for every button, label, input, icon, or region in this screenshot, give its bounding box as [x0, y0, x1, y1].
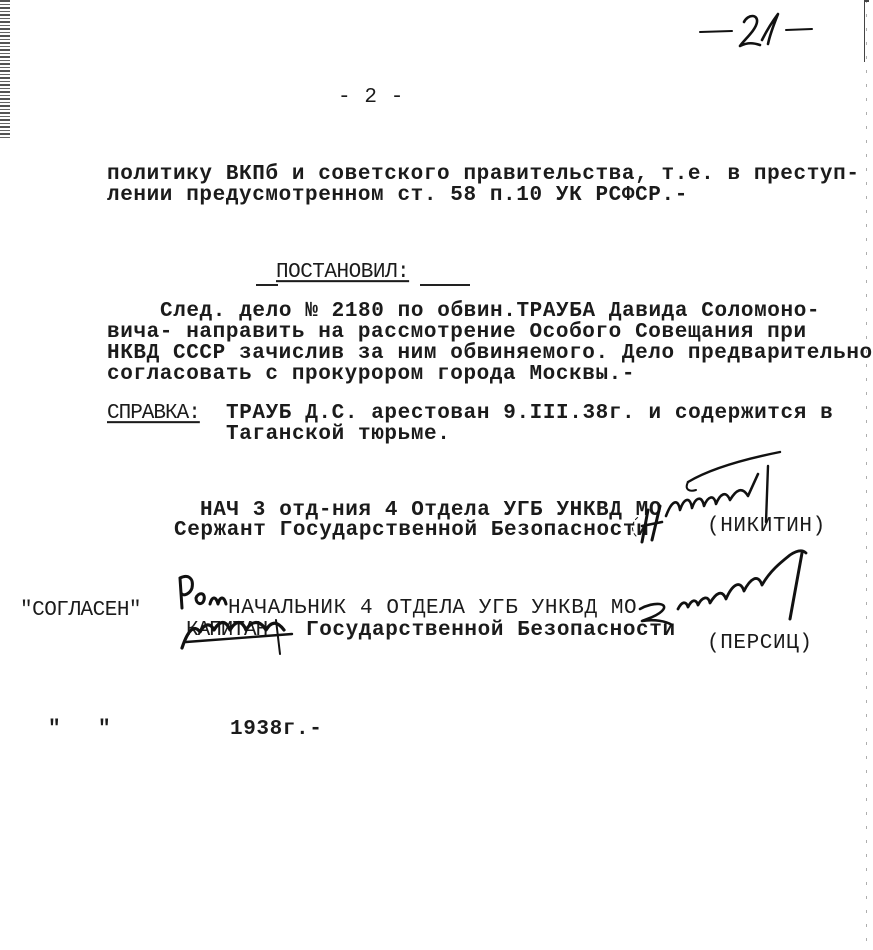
resolution-line: согласовать с прокурором города Москвы.-: [107, 364, 635, 386]
handwritten-rank-correction: [172, 568, 302, 658]
page-number: - 2 -: [338, 87, 404, 109]
resolution-heading: ПОСТАНОВИЛ:: [276, 262, 409, 284]
date-quote-open: ": [48, 719, 61, 741]
note-label: СПРАВКА:: [107, 403, 200, 425]
handwritten-folio-number: [700, 10, 820, 50]
document-page: -21- - 2 - политику ВКПб и советского пр…: [0, 0, 873, 950]
scan-edge-shadow: [0, 0, 10, 140]
signatory-1-rank: Сержант Государственной Безопасности: [174, 520, 649, 542]
note-line: Таганской тюрьме.: [226, 424, 450, 446]
scan-edge-corner: [864, 0, 869, 62]
signature-nikitin: [630, 450, 790, 550]
heading-rule-left: [256, 284, 278, 286]
date-quote-close: ": [98, 719, 111, 741]
archive-sheet-number: -21-: [700, 10, 820, 50]
heading-rule-right: [420, 284, 470, 286]
intro-line: лении предусмотренном ст. 58 п.10 УК РСФ…: [107, 185, 688, 207]
scan-edge-right: [866, 0, 867, 950]
date-year: 1938г.-: [230, 719, 322, 741]
signature-persits: [640, 545, 840, 645]
approval-label: "СОГЛАСЕН": [20, 600, 141, 622]
signatory-2-rank: Государственной Безопасности: [306, 620, 676, 642]
